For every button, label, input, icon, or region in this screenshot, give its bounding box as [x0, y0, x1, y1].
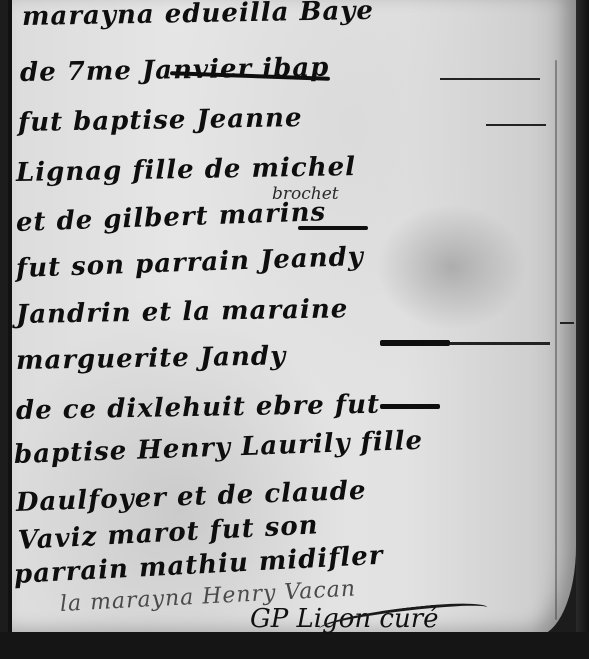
handwritten-line-3: fut baptise Jeanne	[18, 103, 303, 138]
handwritten-line-7: Jandrin et la maraine	[16, 294, 349, 330]
handwritten-line-2: de 7me Janvier ibap	[20, 53, 330, 88]
strikethrough-adh	[298, 226, 368, 230]
handwritten-line-9: de ce dixlehuit ebre fut	[16, 390, 380, 426]
strikethrough-mar	[380, 340, 450, 346]
line-end-stroke	[486, 124, 546, 126]
page-bottom-edge	[0, 632, 589, 659]
page-right-edge	[576, 0, 589, 659]
strikethrough-ebre	[380, 404, 440, 409]
line-end-stroke	[450, 342, 550, 345]
handwritten-line-4: Lignag fille de michel	[16, 152, 357, 188]
handwritten-line-8: marguerite Jandy	[16, 341, 287, 376]
page-fold-line	[555, 60, 557, 620]
left-margin-rule	[8, 0, 12, 650]
line-end-stroke	[440, 78, 540, 80]
margin-dash	[560, 322, 574, 324]
